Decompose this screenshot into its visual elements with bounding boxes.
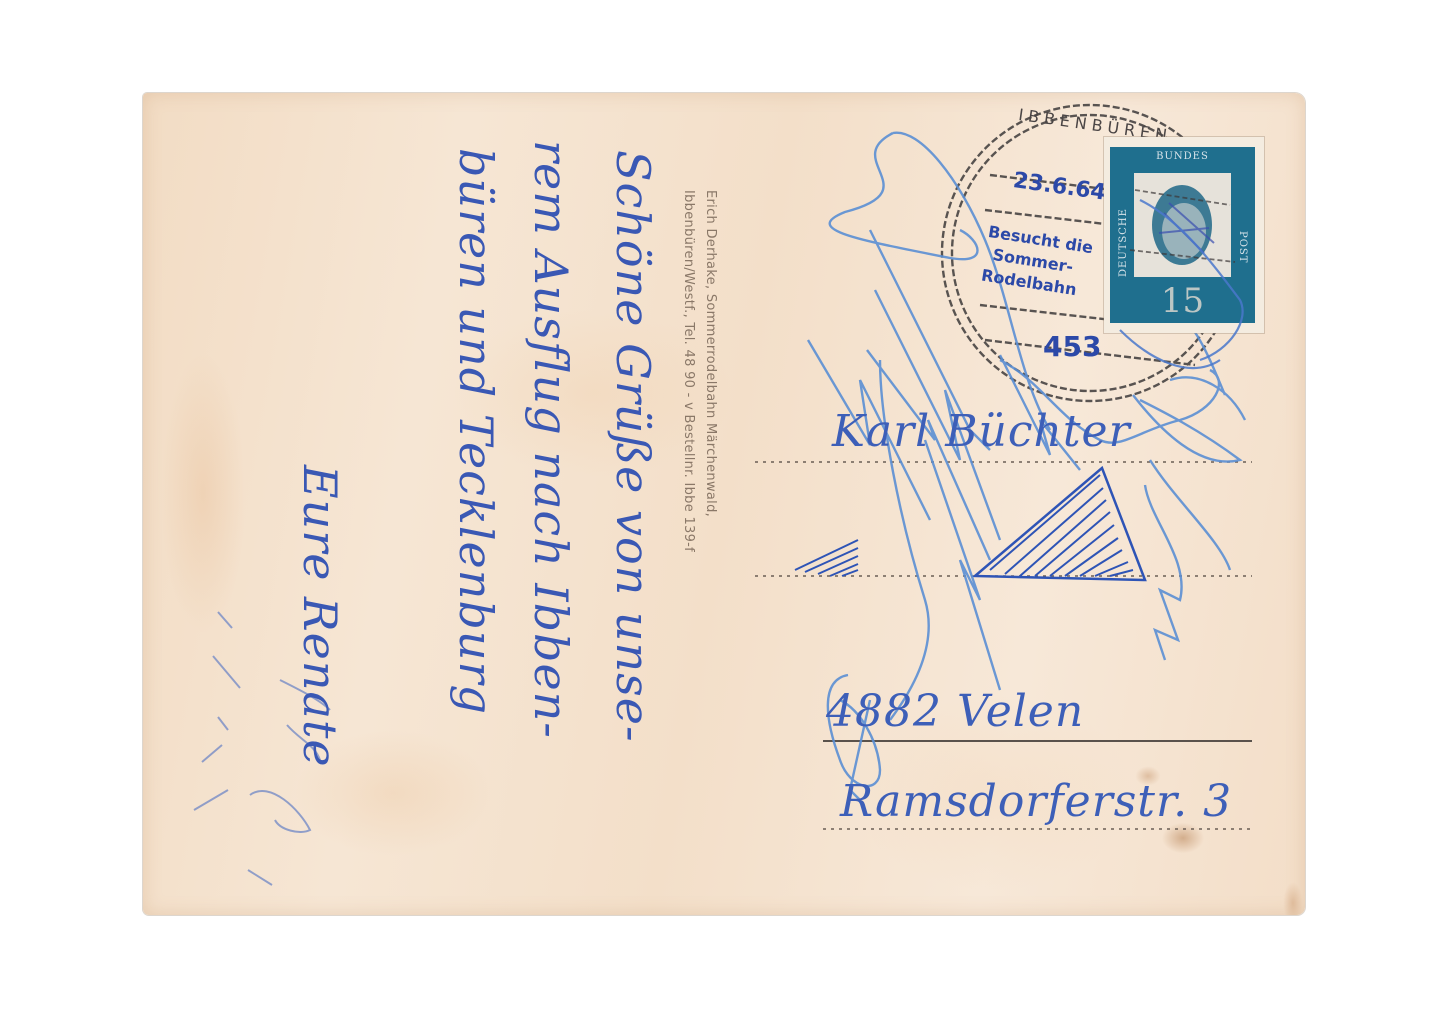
postmark-wavy-lines xyxy=(0,0,1445,1009)
